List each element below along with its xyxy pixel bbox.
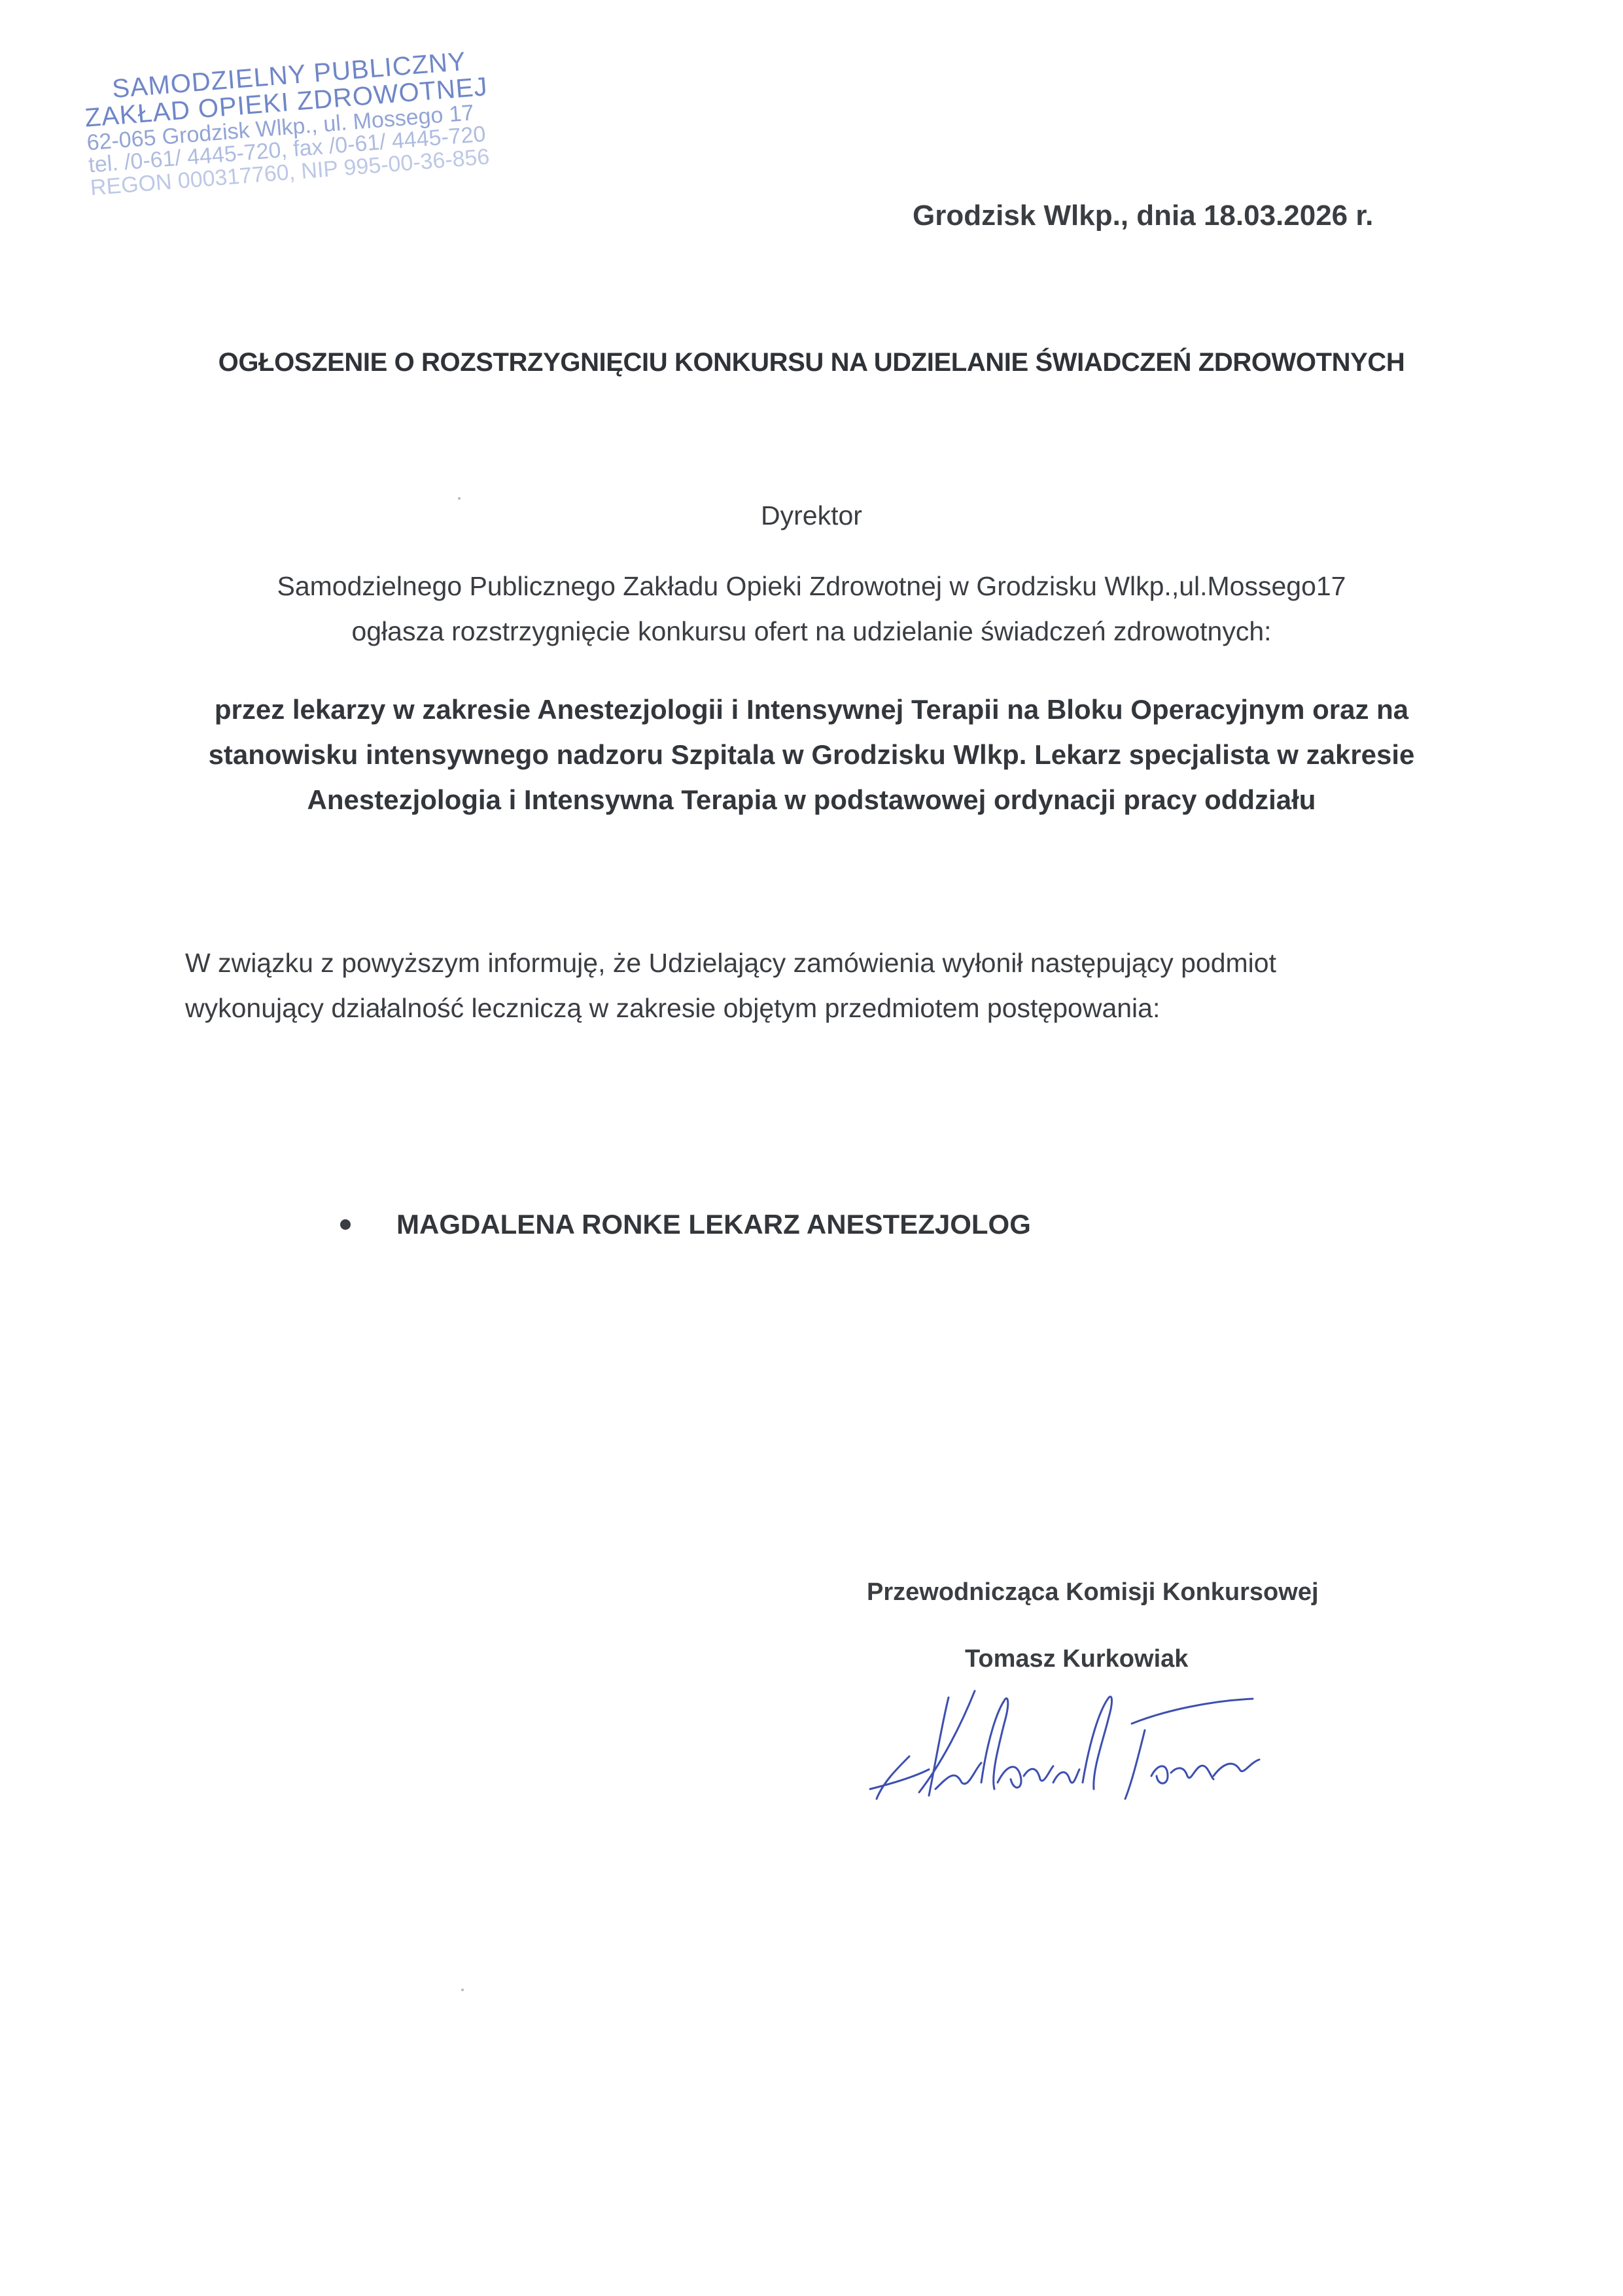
institution-stamp: SAMODZIELNY PUBLICZNY ZAKŁAD OPIEKI ZDRO… <box>82 46 496 200</box>
contest-subject: przez lekarzy w zakresie Anestezjologii … <box>131 687 1492 822</box>
handwritten-signature <box>857 1684 1328 1809</box>
signatory-name: Tomasz Kurkowiak <box>965 1645 1188 1673</box>
result-paragraph: W związku z powyższym informuję, że Udzi… <box>185 941 1461 1031</box>
document-title: OGŁOSZENIE O ROZSTRZYGNIĘCIU KONKURSU NA… <box>0 348 1623 377</box>
bullet-icon <box>340 1219 351 1230</box>
winner-name: MAGDALENA RONKE LEKARZ ANESTEZJOLOG <box>396 1209 1031 1240</box>
subject-line: stanowisku intensywnego nadzoru Szpitala… <box>131 732 1492 777</box>
announcement-line: ogłasza rozstrzygnięcie konkursu ofert n… <box>0 616 1623 647</box>
director-label: Dyrektor <box>0 500 1623 531</box>
document-page: SAMODZIELNY PUBLICZNY ZAKŁAD OPIEKI ZDRO… <box>0 0 1623 2296</box>
subject-line: Anestezjologia i Intensywna Terapia w po… <box>131 777 1492 822</box>
date-line: Grodzisk Wlkp., dnia 18.03.2026 r. <box>913 200 1373 232</box>
paragraph-line: wykonujący działalność leczniczą w zakre… <box>185 986 1461 1031</box>
scan-speck <box>461 1989 464 1991</box>
organization-name: Samodzielnego Publicznego Zakładu Opieki… <box>0 571 1623 602</box>
subject-line: przez lekarzy w zakresie Anestezjologii … <box>131 687 1492 732</box>
scan-speck <box>458 497 461 500</box>
paragraph-line: W związku z powyższym informuję, że Udzi… <box>185 941 1461 986</box>
signatory-role: Przewodnicząca Komisji Konkursowej <box>867 1578 1319 1607</box>
winner-list-item: MAGDALENA RONKE LEKARZ ANESTEZJOLOG <box>340 1209 1031 1240</box>
